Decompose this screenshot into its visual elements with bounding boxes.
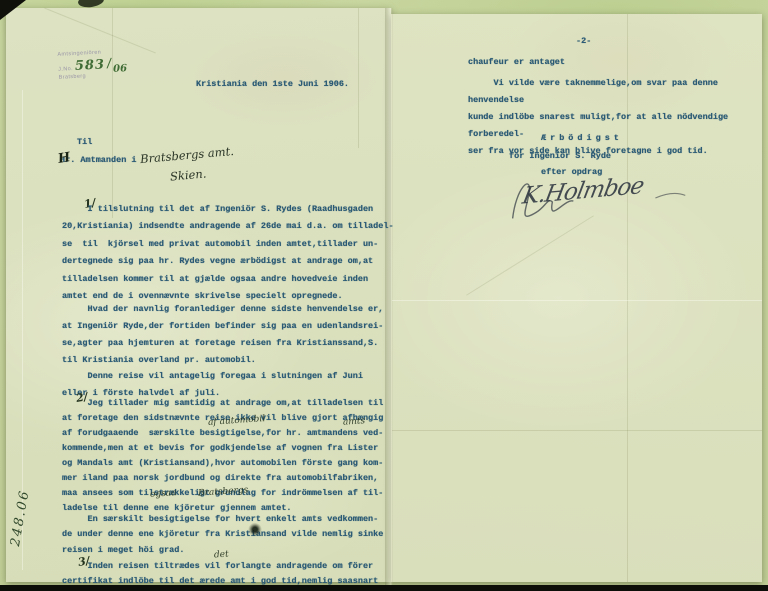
paragraph-2: Hvad der navnlig foranlediger denne sids…: [62, 301, 394, 369]
annotation-det: det: [214, 549, 229, 560]
carryover-line: chaufeur er antaget: [468, 57, 565, 67]
salutation-typed: Hr. Amtmanden i: [60, 155, 137, 165]
crease-line: [112, 8, 113, 218]
paragraph-5: En særskilt besigtigelse for hvert enkel…: [62, 512, 397, 558]
crease-line: [392, 300, 762, 301]
annotation-ogsaa: ogsaa: [150, 488, 177, 500]
paragraph-4: Jeg tillader mig samtidig at andrage om,…: [62, 396, 397, 516]
stamp-journal-number: 583: [75, 57, 106, 74]
journal-stamp: Amtsingeniören J.No. 583 / 06 Bratsberg: [57, 48, 127, 81]
closing-salute: Ærbödigst: [541, 133, 623, 143]
annotation-amts: amts: [343, 416, 366, 428]
stamp-slash: /: [107, 55, 112, 71]
scan-edge-bottom: [0, 585, 768, 591]
dateline: Kristiania den 1ste Juni 1906.: [196, 79, 349, 89]
page2-paragraph-1: Vi vilde være taknemmelige,om svar paa d…: [468, 75, 768, 160]
paragraph-1: I tilslutning til det af Ingeniör S. Ryd…: [62, 201, 394, 305]
page-number: -2-: [576, 36, 591, 46]
handwritten-h-overlay: H: [57, 150, 72, 167]
scanned-letter: Amtsingeniören J.No. 583 / 06 Bratsberg …: [0, 0, 768, 591]
crease-line: [358, 8, 359, 148]
salutation-til: Til: [77, 137, 92, 147]
stamp-journal-label: J.No.: [58, 66, 73, 73]
closing-for-line: for Ingeniör S. Ryde: [509, 151, 611, 161]
crease-line: [392, 430, 762, 431]
